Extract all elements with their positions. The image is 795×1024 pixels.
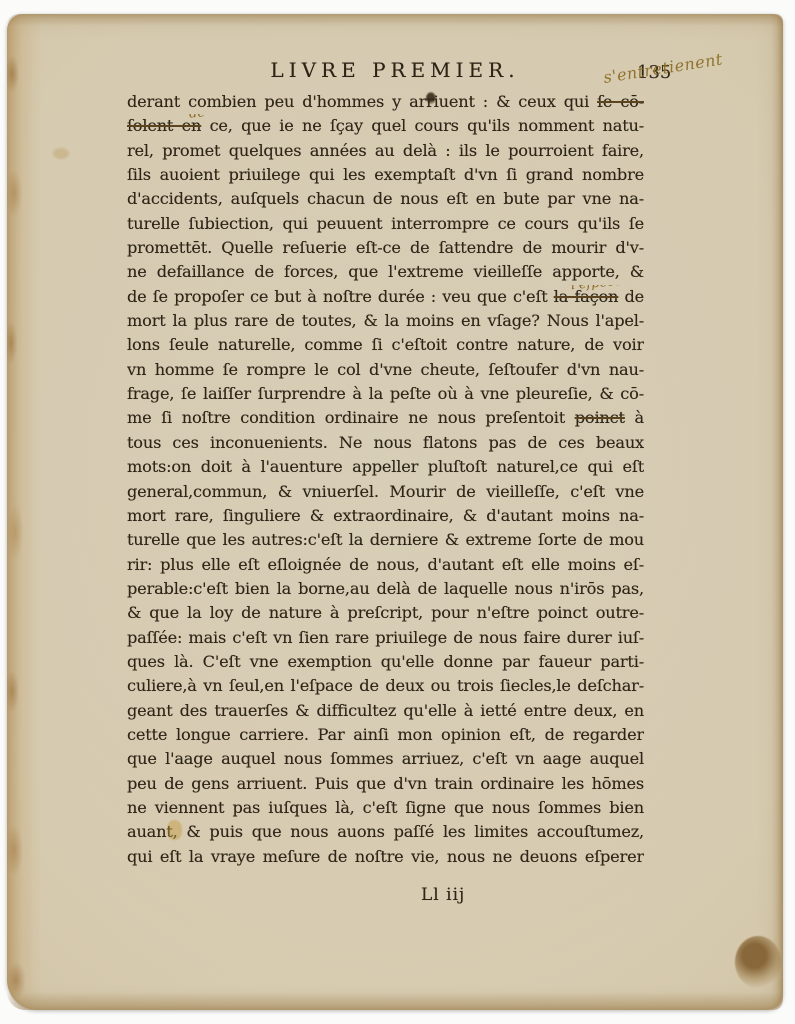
text-segment: rir: plus elle eſt eſloignée de nous, d'… (127, 555, 644, 574)
text-line: d'accidents, auſquels chacun de nous eſt… (127, 187, 644, 211)
text-segment: ne viennent pas iuſques là, c'eſt ſigne … (127, 798, 644, 817)
text-line: auant, & puis que nous auons paſſé les l… (127, 820, 644, 844)
text-line: cette longue carriere. Par ainſi mon opi… (127, 723, 644, 747)
text-segment: derant combien peu d'hommes y arriuent :… (127, 92, 597, 111)
text-segment: rel, promet quelques années au delà : il… (127, 141, 644, 160)
page-edge-bottom (7, 992, 783, 1010)
text-segment: d'accidents, auſquels chacun de nous eſt… (127, 189, 644, 208)
text-line: derant combien peu d'hommes y arriuent :… (127, 90, 644, 114)
text-line: mort rare, ſinguliere & extraordinaire, … (127, 504, 644, 528)
text-line: lons ſeule naturelle, comme ſi c'eſtoit … (127, 333, 644, 357)
text-segment: turelle ſubiection, qui peuuent interrom… (127, 214, 644, 233)
text-segment: mort rare, ſinguliere & extraordinaire, … (127, 506, 644, 525)
text-line: ne defaillance de forces, que l'extreme … (127, 260, 644, 284)
text-segment: me ſi noſtre condition ordinaire ne nous… (127, 408, 575, 427)
text-segment: de (618, 287, 644, 306)
signature-mark: Ll iij (127, 885, 644, 905)
text-line: frage, ſe laiſſer ſurprendre à la peſte … (127, 382, 644, 406)
struck-text: ſe cō- (597, 92, 644, 111)
text-segment: ſils auoient priuilege qui les exemptaſt… (127, 165, 644, 184)
text-segment: ques là. C'eſt vne exemption qu'elle don… (127, 652, 644, 671)
hand-insert: l'eſpece (571, 285, 623, 293)
text-line: paſſée: mais c'eſt vn ſien rare priuileg… (127, 626, 644, 650)
text-segment: tous ces inconuenients. Ne nous flatons … (127, 433, 644, 452)
text-line: que l'aage auquel nous ſommes arriuez, c… (127, 747, 644, 771)
text-line: perable:c'eſt bien la borne,au delà de l… (127, 577, 644, 601)
text-line: rir: plus elle eſt eſloignée de nous, d'… (127, 553, 644, 577)
text-line: mots:on doit à l'auenture appeller pluſt… (127, 455, 644, 479)
text-line: geant des trauerſes & difficultez qu'ell… (127, 699, 644, 723)
amp-ink-mark (167, 820, 182, 840)
body-text: derant combien peu d'hommes y arriuent :… (127, 90, 644, 869)
text-line: de ſe propoſer ce but à noſtre durée : v… (127, 285, 644, 309)
hand-insert: de (189, 114, 206, 120)
text-line: promettēt. Quelle reſuerie eſt-ce de ſat… (127, 236, 644, 260)
running-header-title: LIVRE PREMIER. (270, 58, 519, 82)
text-line: me ſi noſtre condition ordinaire ne nous… (127, 406, 644, 430)
struck-text: ſolent ende (127, 116, 201, 135)
text-line: turelle que les autres:c'eſt la derniere… (127, 528, 644, 552)
text-segment: ce, que ie ne ſçay quel cours qu'ils nom… (201, 116, 644, 135)
struck-text: la façonl'eſpece (554, 287, 619, 306)
text-line: vn homme ſe rompre le col d'vne cheute, … (127, 358, 644, 382)
text-line: turelle ſubiection, qui peuuent interrom… (127, 212, 644, 236)
text-segment: geant des trauerſes & difficultez qu'ell… (127, 701, 644, 720)
text-segment: vn homme ſe rompre le col d'vne cheute, … (127, 360, 644, 379)
book-page: LIVRE PREMIER. 135 s'entretienent derant… (7, 14, 783, 1010)
text-line: peu de gens arriuent. Puis que d'vn trai… (127, 772, 644, 796)
text-line: & que la loy de nature à preſcript, pour… (127, 601, 644, 625)
text-segment: que l'aage auquel nous ſommes arriuez, c… (127, 749, 644, 768)
scanned-book-photo: LIVRE PREMIER. 135 s'entretienent derant… (0, 0, 795, 1024)
text-segment: turelle que les autres:c'eſt la derniere… (127, 530, 644, 549)
text-line: culiere,à vn ſeul,en l'eſpace de deux ou… (127, 674, 644, 698)
text-segment: qui eſt la vraye meſure de noſtre vie, n… (127, 847, 644, 866)
text-line: ſolent ende ce, que ie ne ſçay quel cour… (127, 114, 644, 138)
text-line: ſils auoient priuilege qui les exemptaſt… (127, 163, 644, 187)
text-segment: auant, & puis que nous auons paſſé les l… (127, 822, 644, 841)
faint-spot-stain (53, 148, 69, 159)
struck-text: poinct (575, 408, 625, 427)
text-line: rel, promet quelques années au delà : il… (127, 139, 644, 163)
text-line: tous ces inconuenients. Ne nous flatons … (127, 431, 644, 455)
text-segment: culiere,à vn ſeul,en l'eſpace de deux ou… (127, 676, 644, 695)
text-line: general,commun, & vniuerſel. Mourir de v… (127, 480, 644, 504)
text-segment: lons ſeule naturelle, comme ſi c'eſtoit … (127, 335, 644, 354)
text-segment: general,commun, & vniuerſel. Mourir de v… (127, 482, 644, 501)
text-line: mort la plus rare de toutes, & la moins … (127, 309, 644, 333)
text-segment: peu de gens arriuent. Puis que d'vn trai… (127, 774, 644, 793)
text-segment: mots:on doit à l'auenture appeller pluſt… (127, 457, 644, 476)
text-segment: cette longue carriere. Par ainſi mon opi… (127, 725, 644, 744)
text-segment: à (625, 408, 644, 427)
page-edge-top (7, 14, 783, 26)
page-edge-right (771, 14, 783, 1010)
deckle-edge-left (7, 14, 41, 1010)
text-line: qui eſt la vraye meſure de noſtre vie, n… (127, 845, 644, 869)
text-segment: de ſe propoſer ce but à noſtre durée : v… (127, 287, 554, 306)
text-line: ne viennent pas iuſques là, c'eſt ſigne … (127, 796, 644, 820)
text-line: ques là. C'eſt vne exemption qu'elle don… (127, 650, 644, 674)
text-segment: perable:c'eſt bien la borne,au delà de l… (127, 579, 644, 598)
text-segment: frage, ſe laiſſer ſurprendre à la peſte … (127, 384, 644, 403)
text-segment: & que la loy de nature à preſcript, pour… (127, 603, 644, 622)
text-segment: promettēt. Quelle reſuerie eſt-ce de ſat… (127, 238, 644, 257)
text-segment: mort la plus rare de toutes, & la moins … (127, 311, 644, 330)
signature-line: Ll iij (127, 882, 644, 905)
text-segment: ne defaillance de forces, que l'extreme … (127, 262, 644, 281)
corner-stain (735, 936, 781, 988)
text-segment: paſſée: mais c'eſt vn ſien rare priuileg… (127, 628, 644, 647)
